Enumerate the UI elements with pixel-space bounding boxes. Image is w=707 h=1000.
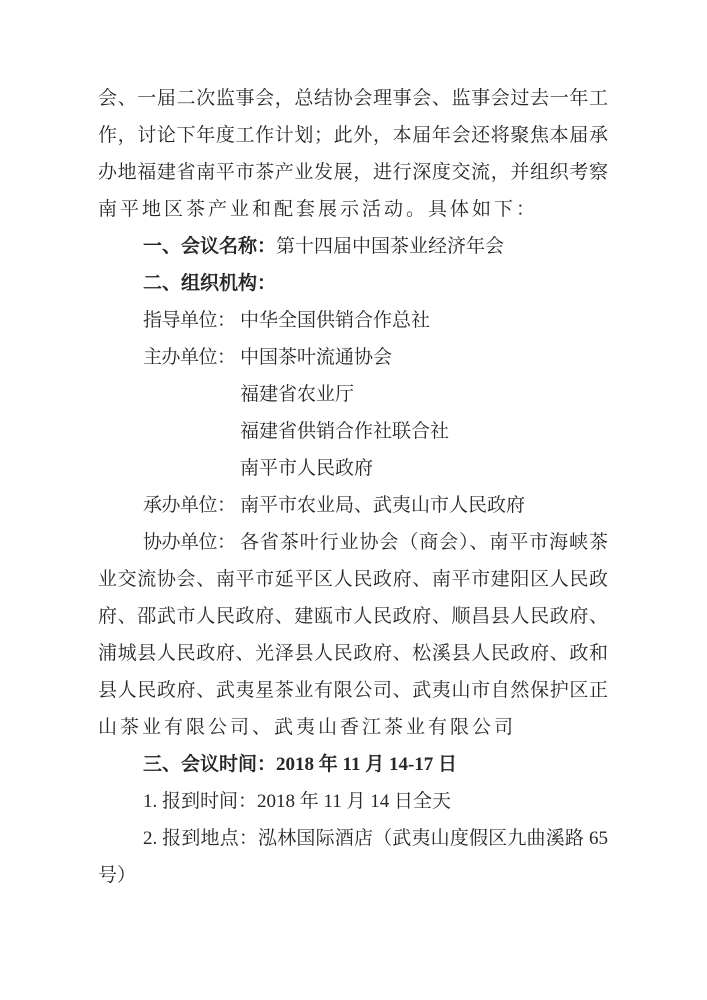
- org-role-label: 主办单位：: [143, 339, 240, 376]
- org-line: 指导单位：中华全国供销合作总社: [98, 302, 608, 339]
- text-line: 号）: [98, 857, 608, 894]
- section-heading-line: 二、组织机构：: [98, 265, 608, 302]
- org-name: 福建省供销合作社联合社: [240, 413, 608, 450]
- section-heading-label: 二、组织机构：: [143, 273, 276, 294]
- section-heading-label: 三、会议时间：2018 年 11 月 14-17 日: [143, 754, 457, 775]
- text-line: 办地福建省南平市茶产业发展，进行深度交流，并组织考察: [98, 154, 608, 191]
- org-name: 南平市农业局、武夷山市人民政府: [240, 487, 608, 524]
- org-name: 中华全国供销合作总社: [240, 302, 608, 339]
- section-heading-line: 一、会议名称：第十四届中国茶业经济年会: [98, 228, 608, 265]
- org-role-label: [143, 413, 240, 450]
- org-line: 主办单位：中国茶叶流通协会: [98, 339, 608, 376]
- text-line: 浦城县人民政府、光泽县人民政府、松溪县人民政府、政和: [98, 635, 608, 672]
- text-line: 1. 报到时间：2018 年 11 月 14 日全天: [98, 783, 608, 820]
- section-heading-text: 第十四届中国茶业经济年会: [276, 236, 504, 257]
- org-role-label: 指导单位：: [143, 302, 240, 339]
- text-line: 府、邵武市人民政府、建瓯市人民政府、顺昌县人民政府、: [98, 598, 608, 635]
- org-name: 福建省农业厅: [240, 376, 608, 413]
- text-line: 作，讨论下年度工作计划；此外，本届年会还将聚焦本届承: [98, 117, 608, 154]
- org-line: 福建省农业厅: [98, 376, 608, 413]
- section-heading-line: 三、会议时间：2018 年 11 月 14-17 日: [98, 746, 608, 783]
- document-page: 会、一届二次监事会，总结协会理事会、监事会过去一年工作，讨论下年度工作计划；此外…: [0, 0, 707, 1000]
- org-name: 中国茶叶流通协会: [240, 339, 608, 376]
- org-name: 南平市人民政府: [240, 450, 608, 487]
- org-role-label: 承办单位：: [143, 487, 240, 524]
- org-role-label: 协办单位：: [143, 524, 240, 561]
- org-role-label: [143, 376, 240, 413]
- text-line: 南平地区茶产业和配套展示活动。具体如下：: [98, 191, 608, 228]
- document-content: 会、一届二次监事会，总结协会理事会、监事会过去一年工作，讨论下年度工作计划；此外…: [98, 80, 608, 894]
- section-heading-label: 一、会议名称：: [143, 236, 276, 257]
- text-line: 县人民政府、武夷星茶业有限公司、武夷山市自然保护区正: [98, 672, 608, 709]
- org-line: 承办单位：南平市农业局、武夷山市人民政府: [98, 487, 608, 524]
- text-line: 会、一届二次监事会，总结协会理事会、监事会过去一年工: [98, 80, 608, 117]
- text-line: 山茶业有限公司、武夷山香江茶业有限公司: [98, 709, 608, 746]
- org-line: 福建省供销合作社联合社: [98, 413, 608, 450]
- org-name: 各省茶叶行业协会（商会）、南平市海峡茶: [240, 524, 608, 561]
- text-line: 2. 报到地点：泓林国际酒店（武夷山度假区九曲溪路 65: [98, 820, 608, 857]
- org-role-label: [143, 450, 240, 487]
- org-line: 南平市人民政府: [98, 450, 608, 487]
- org-line: 协办单位：各省茶叶行业协会（商会）、南平市海峡茶: [98, 524, 608, 561]
- text-line: 业交流协会、南平市延平区人民政府、南平市建阳区人民政: [98, 561, 608, 598]
